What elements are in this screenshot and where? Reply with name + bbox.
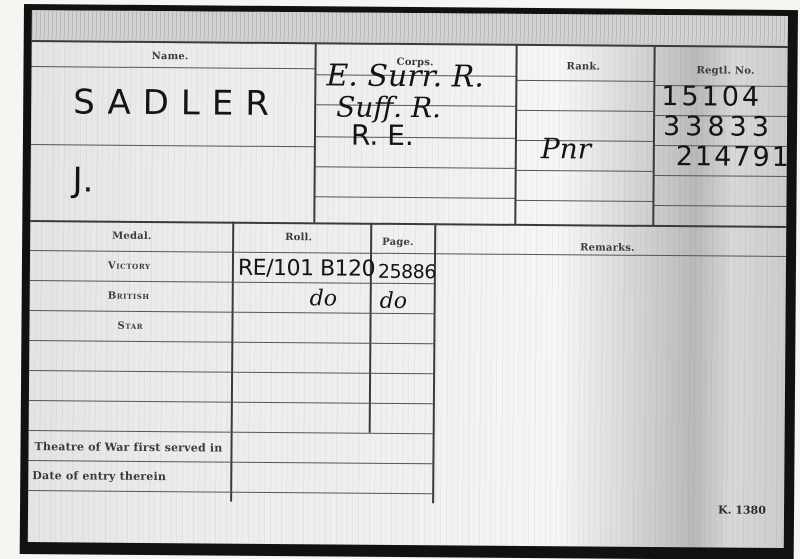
- regtl-no-1: 15104: [661, 81, 762, 113]
- card-border: Name. Corps. Rank. Regtl. No. SADLER J. …: [20, 4, 798, 559]
- medal-index-card: Name. Corps. Rank. Regtl. No. SADLER J. …: [28, 10, 788, 548]
- rule-mid: [30, 220, 786, 228]
- medal-row-victory: Victory: [108, 261, 151, 272]
- theatre-label: Theatre of War first served in: [34, 440, 222, 454]
- rule-v-medal: [230, 222, 234, 502]
- rank-entry: Pnr: [541, 132, 592, 165]
- roll-british: do: [310, 286, 338, 311]
- rule-corps-4: [316, 166, 515, 169]
- rule-rank-4: [517, 170, 653, 172]
- medal-row-british: British: [108, 291, 150, 302]
- form-number: K. 1380: [718, 503, 766, 516]
- rule-corps-5: [315, 196, 514, 199]
- rank-label: Rank.: [566, 61, 600, 72]
- rule-name-split: [31, 144, 314, 147]
- corps-entry-1: E. Surr. R.: [326, 58, 484, 94]
- medal-header: Medal.: [112, 231, 151, 242]
- name-label: Name.: [152, 51, 189, 62]
- rule-name-header: [32, 66, 315, 69]
- roll-header: Roll.: [285, 232, 312, 243]
- rule-v-corps: [514, 44, 517, 224]
- remarks-header: Remarks.: [580, 242, 635, 253]
- rule-v-roll: [369, 223, 373, 433]
- roll-victory: RE/101 B120: [238, 256, 375, 282]
- rule-remarks-header: [435, 253, 786, 257]
- rule-rank-5: [516, 200, 652, 202]
- rule-corps-3: [316, 136, 515, 139]
- initial: J.: [72, 160, 93, 200]
- rule-regtl-4: [655, 175, 787, 177]
- rule-regtl-5: [654, 205, 786, 207]
- rule-v-name: [313, 42, 316, 222]
- page-victory: 25886: [378, 261, 436, 283]
- rule-rank-2: [517, 110, 653, 112]
- rule-v-rank: [652, 45, 655, 225]
- regtl-no-label: Regtl. No.: [696, 65, 754, 76]
- date-label: Date of entry therein: [32, 469, 166, 483]
- surname: SADLER: [73, 82, 281, 124]
- page-british: do: [380, 289, 408, 314]
- rule-rank-1: [517, 80, 653, 82]
- page-header: Page.: [382, 237, 414, 248]
- regtl-no-3: 214791: [676, 141, 788, 173]
- corps-entry-3: R. E.: [351, 119, 414, 152]
- medal-row-star: Star: [117, 321, 143, 332]
- regtl-no-2: 33833: [663, 111, 774, 143]
